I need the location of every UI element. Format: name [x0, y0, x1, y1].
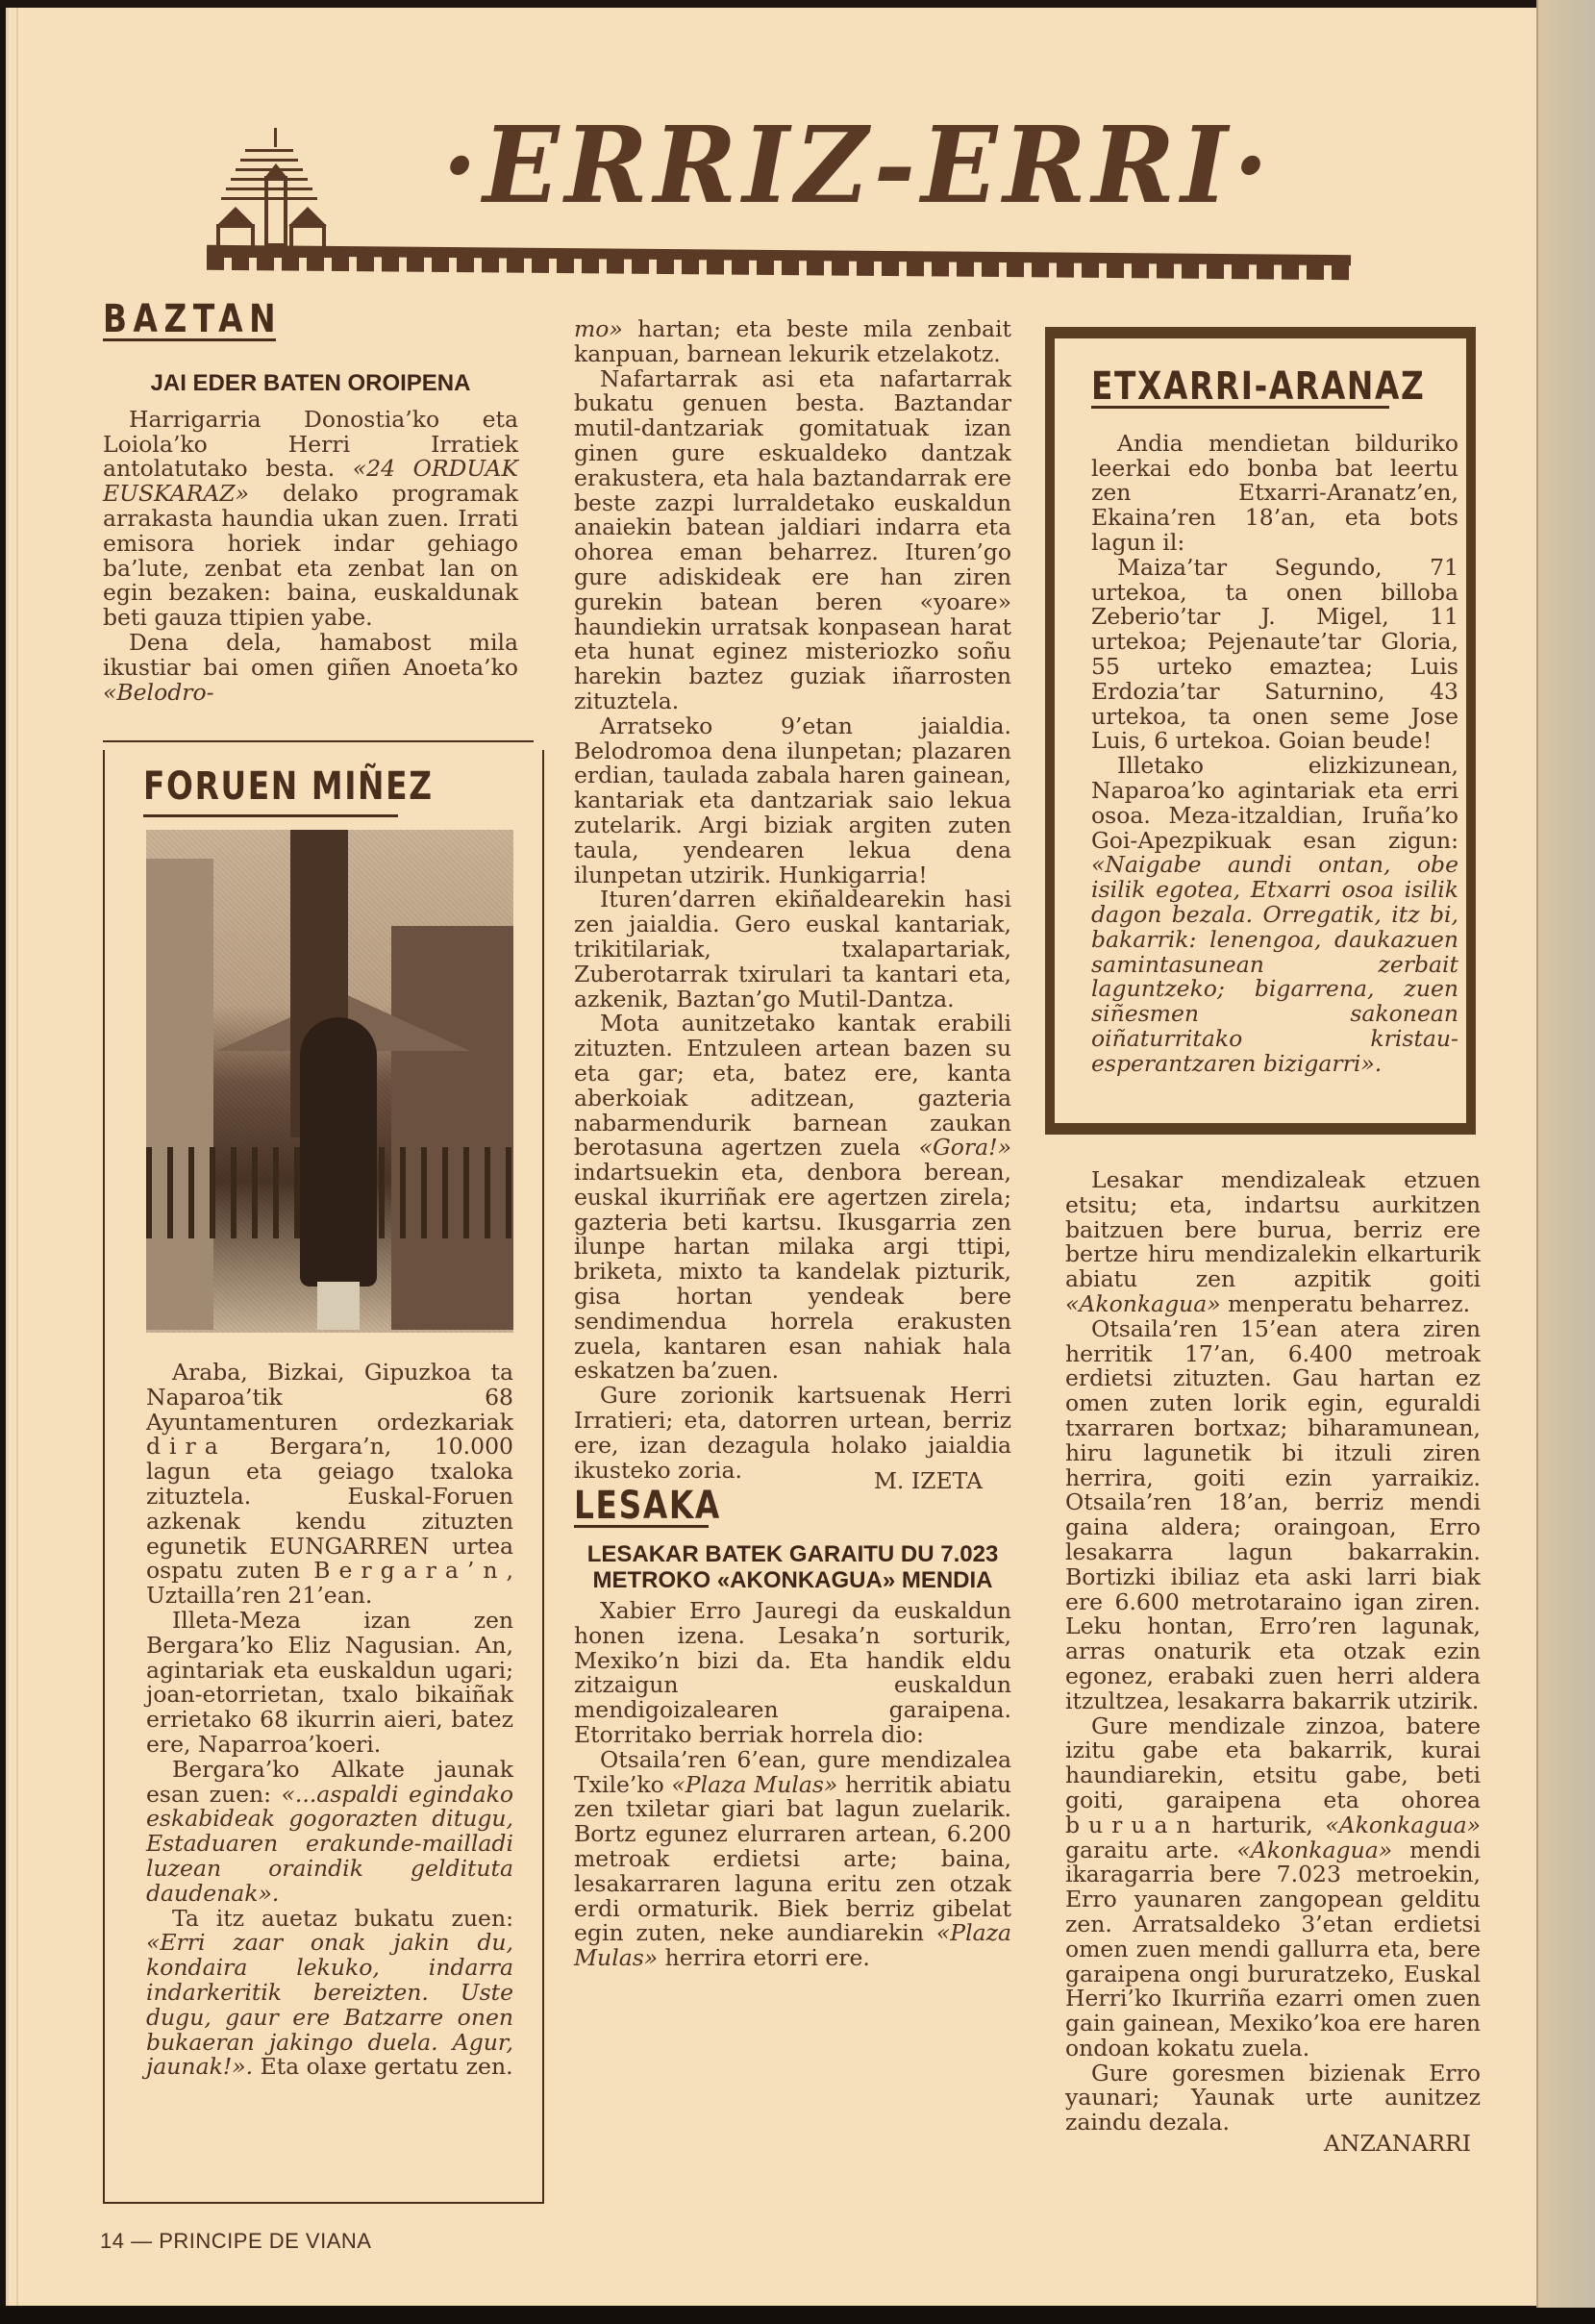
- lesaka-heading: LESAKA: [574, 1494, 933, 1519]
- baztan-article-start: BAZTAN JAI EDER BATEN OROIPENA Harrigarr…: [103, 308, 518, 705]
- paragraph: Mota aunitzetako kantak erabili zituzten…: [574, 1012, 1011, 1384]
- facing-page-edge: [1536, 0, 1595, 2324]
- paragraph: Gure mendizale zinzoa, batere izitu gabe…: [1065, 1714, 1481, 2062]
- etxarri-aranaz-box: ETXARRI-ARANAZ Andia mendietan bilduriko…: [1045, 327, 1476, 1135]
- paragraph: Xabier Erro Jauregi da euskaldun honen i…: [574, 1599, 1011, 1748]
- paragraph: Otsaila’ren 6’ean, gure mendizalea Txile…: [574, 1748, 1011, 1971]
- paragraph: Bergara’ko Alkate jaunak esan zuen: «...…: [146, 1758, 513, 1907]
- paragraph: Harrigarria Donostia’ko eta Loiola’ko He…: [103, 408, 518, 631]
- paragraph: Illeta-Meza izan zen Bergara’ko Eliz Nag…: [146, 1609, 513, 1758]
- lesaka-article-continued: Lesakar mendizaleak etzuen etsitu; eta, …: [1065, 1168, 1481, 2157]
- paragraph: Illetako elizkizunean, Naparoa’ko aginta…: [1091, 754, 1458, 1076]
- etxarri-article: ETXARRI-ARANAZ Andia mendietan bilduriko…: [1091, 375, 1458, 1077]
- paragraph: Otsaila’ren 15’ean atera ziren herritik …: [1065, 1317, 1481, 1714]
- masthead: ·ERRIZ-ERRI·: [207, 115, 1399, 279]
- paragraph: mo» hartan; eta beste mila zenbait kanpu…: [574, 317, 1011, 367]
- foruen-article-text: Araba, Bizkai, Gipuzkoa ta Naparoa’tik 6…: [146, 1361, 513, 2080]
- paragraph: Maiza’tar Segundo, 71 urtekoa, ta onen b…: [1091, 556, 1458, 754]
- paragraph: Lesakar mendizaleak etzuen etsitu; eta, …: [1065, 1168, 1481, 1317]
- paragraph: Ituren’darren ekiñaldearekin hasi zen ja…: [574, 887, 1011, 1012]
- baztan-subheading: JAI EDER BATEN OROIPENA: [103, 370, 518, 396]
- scan-bottom-border: [0, 2308, 1595, 2324]
- baztan-article-continued: mo» hartan; eta beste mila zenbait kanpu…: [574, 317, 1011, 1971]
- village-skyline-icon: [207, 120, 341, 264]
- etxarri-heading: ETXARRI-ARANAZ: [1091, 375, 1392, 400]
- photo-man-in-front-of-building: [146, 830, 513, 1333]
- page-edge-left: [16, 8, 18, 2306]
- column-rule: [103, 740, 534, 742]
- paragraph: Ta itz auetaz bukatu zuen: «Erri zaar on…: [146, 1907, 513, 2081]
- foruen-minez-box: FORUEN MIÑEZ Araba, Bizkai, Gipuzkoa ta …: [103, 750, 544, 2204]
- paragraph: Araba, Bizkai, Gipuzkoa ta Naparoa’tik 6…: [146, 1361, 513, 1609]
- heading-rule: [143, 814, 398, 817]
- masthead-title: ·ERRIZ-ERRI·: [442, 103, 1274, 227]
- baztan-heading: BAZTAN: [103, 308, 443, 333]
- page-number: 14: [100, 2229, 124, 2253]
- lesaka-subheading: LESAKAR BATEK GARAITU DU 7.023 METROKO «…: [574, 1541, 1011, 1593]
- foruen-heading: FORUEN MIÑEZ: [143, 764, 445, 809]
- paragraph: Andia mendietan bilduriko leerkai edo bo…: [1091, 432, 1458, 556]
- publication-name: PRINCIPE DE VIANA: [159, 2229, 371, 2253]
- page-footer: 14 — PRINCIPE DE VIANA: [100, 2229, 371, 2254]
- paragraph: Gure goresmen bizienak Erro yaunari; Yau…: [1065, 2062, 1481, 2136]
- crenellated-rule: [207, 245, 1351, 280]
- paragraph: Dena dela, hamabost mila ikustiar bai om…: [103, 631, 518, 705]
- paragraph: Arratseko 9’etan jaialdia. Belodromoa de…: [574, 714, 1011, 888]
- footer-separator: —: [131, 2229, 153, 2253]
- scan-top-border: [0, 0, 1595, 8]
- paragraph: Nafartarrak asi eta nafartarrak bukatu g…: [574, 367, 1011, 714]
